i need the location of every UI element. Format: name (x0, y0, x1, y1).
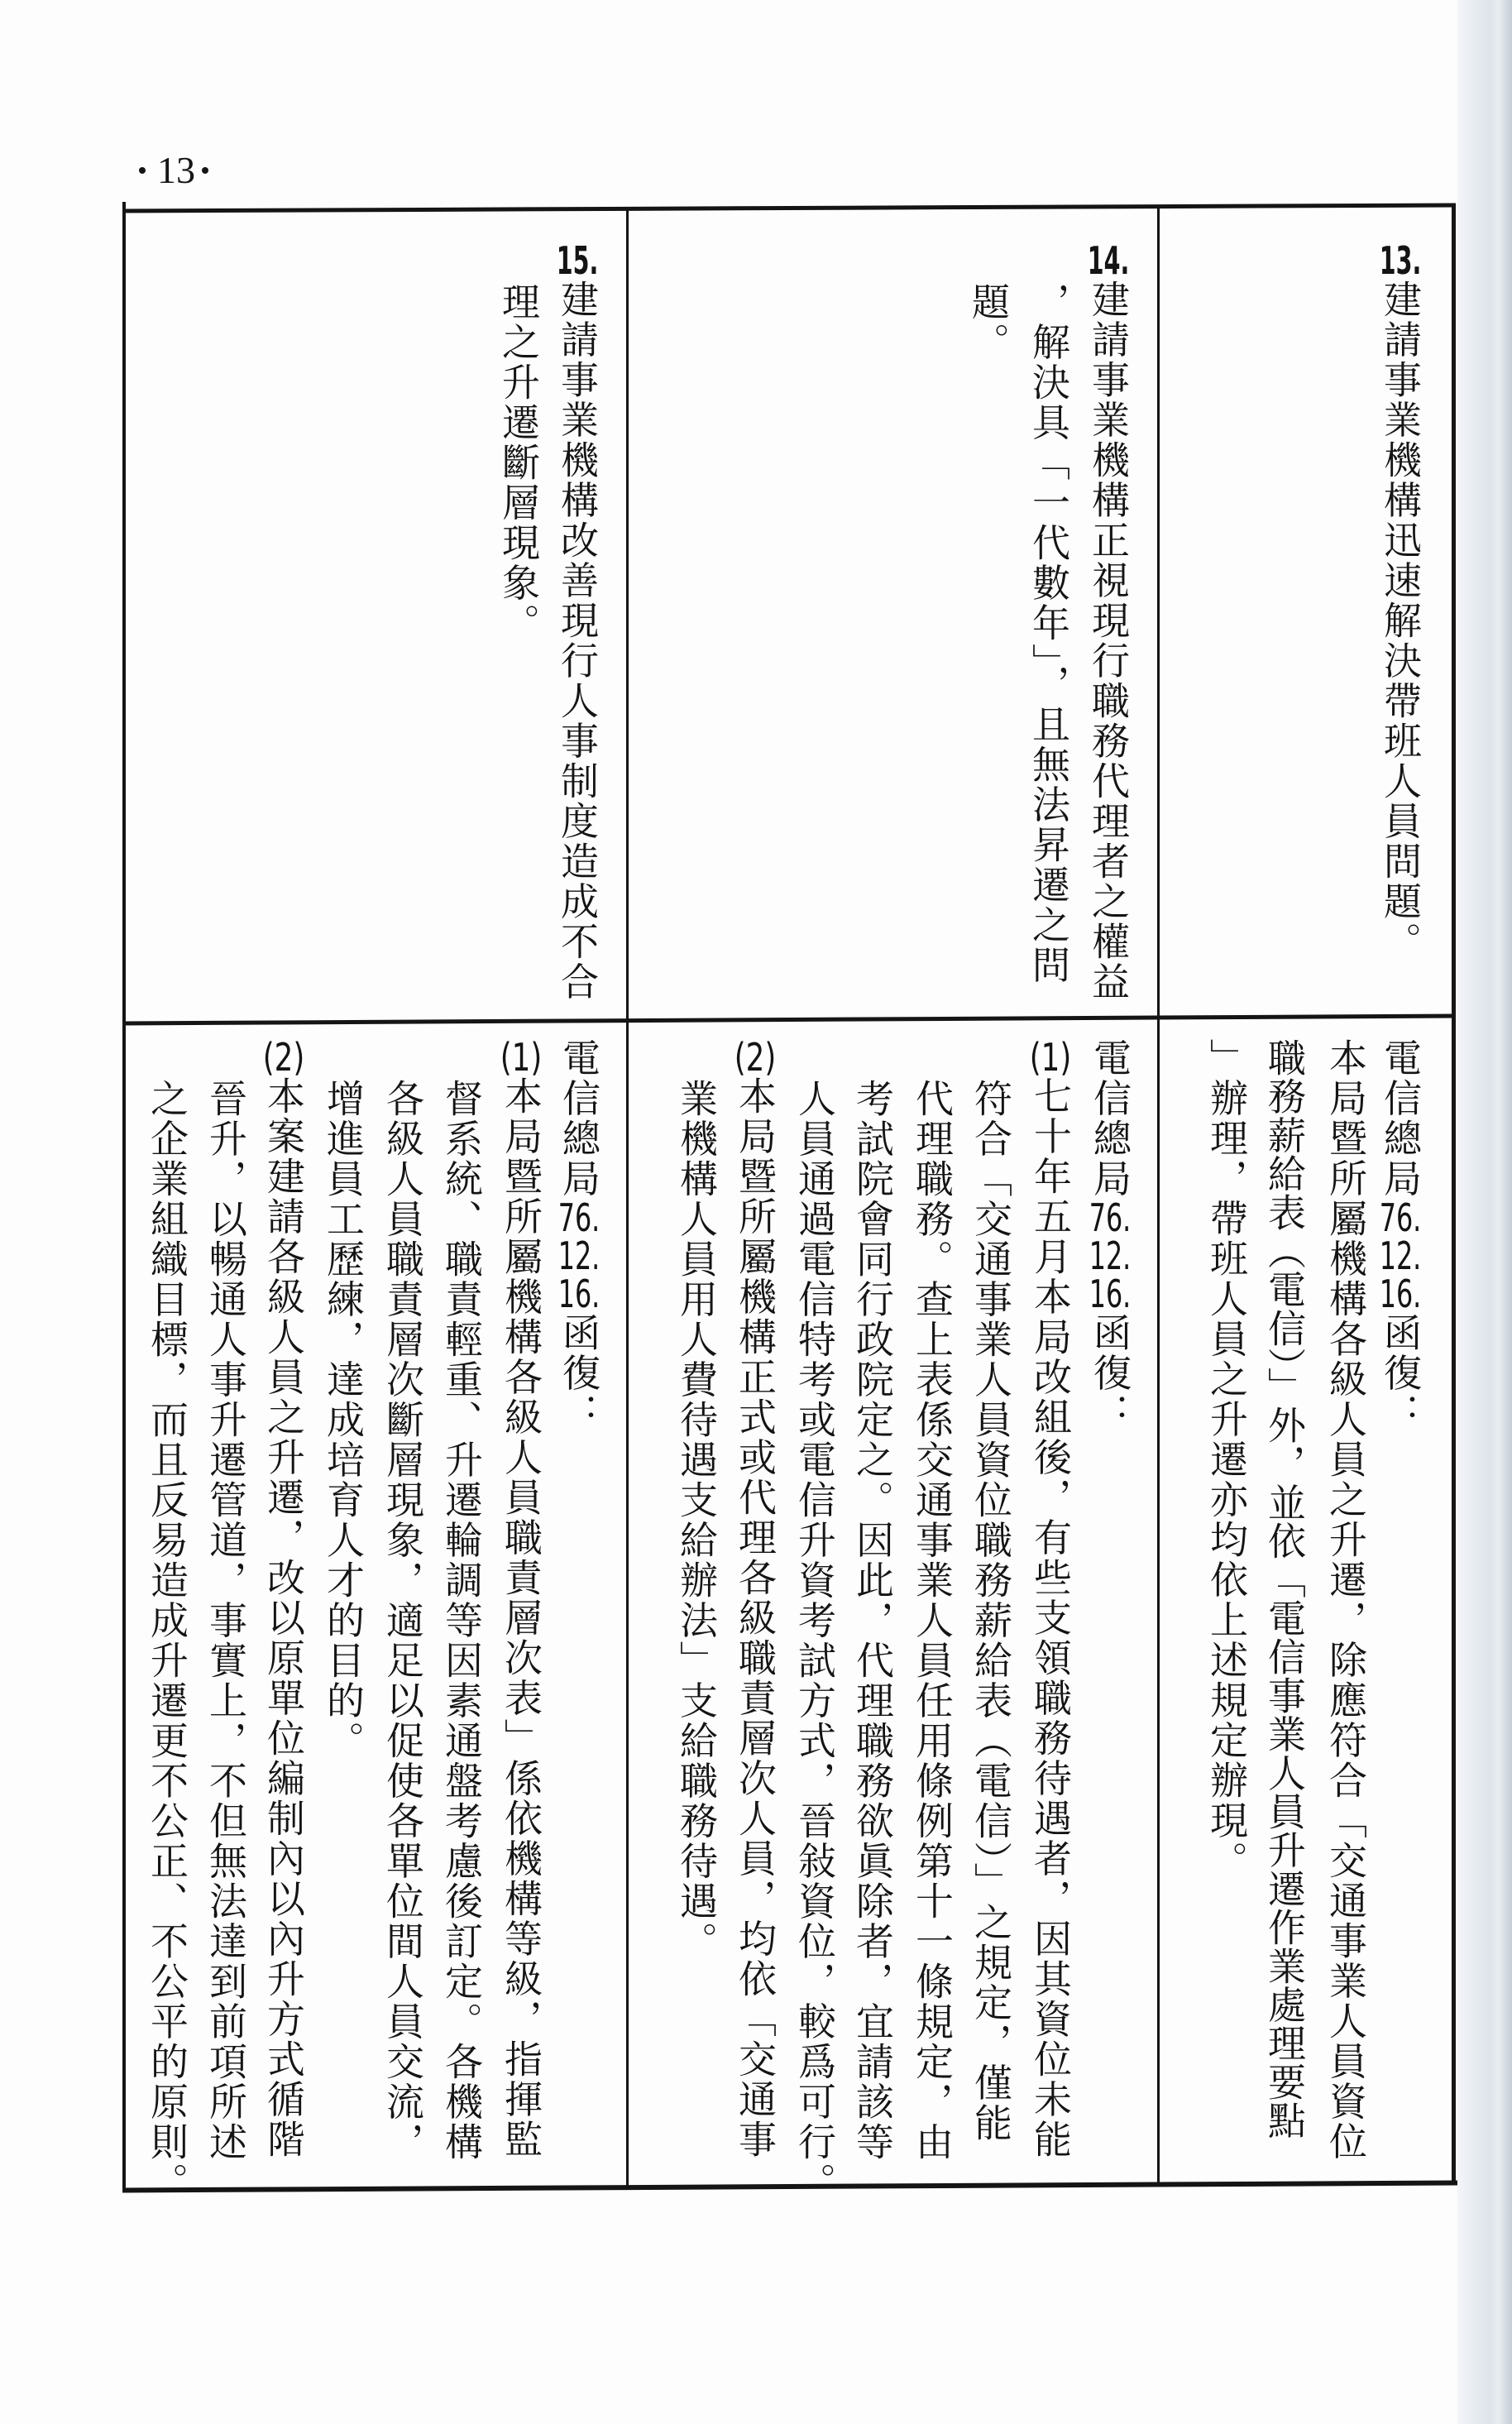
question-line: 理之升遷斷層現象。 (499, 282, 538, 644)
response-line: (2)本案建請各級人員之升遷，改以原單位編制內以內升方式循階 (264, 1038, 304, 2160)
response-line: (1)七十年五月本局改組後，有些支領職務待遇者，因其資位未能 (1031, 1038, 1070, 2160)
response-header-suffix: 函復： (1378, 1313, 1423, 1434)
page-binding-shadow (1457, 0, 1512, 2424)
response-line: (2)本局暨所屬機構正式或代理各級職責層次人員，均依「交通事 (735, 1038, 775, 2160)
response-date-year: 76. (1378, 1199, 1423, 1237)
response-date-day: 16. (1088, 1275, 1132, 1313)
response-header: 電信總局76.12.16.函復： (559, 1038, 599, 1434)
response-date-day: 16. (557, 1275, 601, 1313)
question-text: 題。 (966, 282, 1011, 362)
page-number-value: 13 (157, 151, 195, 189)
page-number-dot-left (139, 167, 146, 174)
response-line: 考試院會同行政院定之。因此，代理職務欲眞除者，宜請該等 (853, 1079, 892, 2163)
response-text: 七十年五月本局改組後，有些支領職務待遇者，因其資位未能 (1028, 1076, 1073, 2160)
response-text: 業機構人員用人費待遇支給辦法」支給職務待遇。 (674, 1079, 719, 1962)
response-line: 符合「交通事業人員資位職務薪給表（電信）」之規定，僅能 (971, 1079, 1011, 2144)
response-date-month: 12. (1378, 1237, 1423, 1275)
item-marker: (2) (261, 1038, 306, 1076)
question-text: 建請事業機構正視現行職務代理者之權益 (1086, 280, 1131, 1002)
response-line: 人員通過電信特考或電信升資考試方式，晉敍資位，較爲可行。 (795, 1079, 835, 2202)
column-divider-14-13 (1157, 206, 1160, 2185)
response-line: 晉升，以暢通人事升遷管道，事實上，不但無法達到前項所述 (206, 1079, 246, 2163)
response-date-year: 76. (557, 1199, 601, 1237)
response-text: 本局暨所屬機構各級人員之升遷，除應符合「交通事業人員資位 (1323, 1038, 1368, 2162)
response-line: 業機構人員用人費待遇支給辦法」支給職務待遇。 (677, 1079, 716, 1962)
response-text: 督系統、職責輕重、升遷輪調等因素通盤考慮後訂定。各機構 (439, 1079, 484, 2163)
response-date-day: 16. (1378, 1275, 1423, 1313)
response-text: 之企業組織目標，而且反易造成升遷更不公正、不公平的原則。 (145, 1079, 189, 2202)
response-text: 符合「交通事業人員資位職務薪給表（電信）」之規定，僅能 (969, 1079, 1013, 2144)
question-line: 15.建請事業機構改善現行人事制度造成不合 (557, 242, 597, 1002)
question-line: ，解決具「一代數年」，且無法昇遷之問 (1029, 282, 1069, 985)
response-text: 各級人員職責層次斷層現象，適足以促使各單位間人員交流， (380, 1079, 425, 2163)
response-line: 代理職務。查上表係交通事業人員任用條例第十一條規定，由 (912, 1079, 952, 2163)
response-line: 本局暨所屬機構各級人員之升遷，除應符合「交通事業人員資位 (1326, 1038, 1366, 2162)
question-number: 13. (1378, 242, 1423, 280)
question-number: 15. (555, 242, 600, 280)
question-line: 14.建請事業機構正視現行職務代理者之權益 (1089, 242, 1128, 1002)
item-marker: (1) (499, 1038, 543, 1076)
response-line: 各級人員職責層次斷層現象，適足以促使各單位間人員交流， (383, 1079, 423, 2163)
response-line: 督系統、職責輕重、升遷輪調等因素通盤考慮後訂定。各機構 (442, 1079, 481, 2163)
response-date-month: 12. (1088, 1237, 1132, 1275)
response-header-suffix: 函復： (1088, 1313, 1132, 1434)
response-org: 電信總局 (557, 1038, 601, 1199)
question-text: 理之升遷斷層現象。 (496, 282, 541, 644)
response-line: 」辦理，帶班人員之升遷亦均依上述規定辦現。 (1207, 1038, 1246, 1881)
page-number-dot-right (202, 167, 208, 174)
column-divider-15-14 (626, 208, 629, 2187)
question-line: 13.建請事業機構迅速解決帶班人員問題。 (1380, 242, 1420, 962)
response-date-year: 76. (1088, 1199, 1132, 1237)
response-line: 職務薪給表（電信）」外，並依「電信事業人員升遷作業處理要點 (1265, 1038, 1304, 2139)
response-text: 人員通過電信特考或電信升資考試方式，晉敍資位，較爲可行。 (792, 1079, 837, 2202)
response-header: 電信總局76.12.16.函復： (1380, 1038, 1420, 1434)
response-line: (1)本局暨所屬機構各級人員職責層次表」係依機構等級，指揮監 (501, 1038, 541, 2160)
response-date-month: 12. (557, 1237, 601, 1275)
response-line: 增進員工歷練，達成培育人才的目的。 (323, 1079, 363, 1761)
response-text: 本案建請各級人員之升遷，改以原單位編制內以內升方式循階 (261, 1076, 306, 2160)
response-text: 」辦理，帶班人員之升遷亦均依上述規定辦現。 (1204, 1038, 1249, 1881)
response-text: 職務薪給表（電信）」外，並依「電信事業人員升遷作業處理要點 (1262, 1038, 1307, 2139)
item-marker: (1) (1028, 1038, 1073, 1076)
response-text: 本局暨所屬機構正式或代理各級職責層次人員，均依「交通事 (733, 1076, 778, 2160)
response-text: 晉升，以暢通人事升遷管道，事實上，不但無法達到前項所述 (203, 1079, 248, 2163)
table-top-rule (122, 203, 1456, 213)
response-text: 本局暨所屬機構各級人員職責層次表」係依機構等級，指揮監 (499, 1076, 543, 2160)
question-number: 14. (1086, 242, 1131, 280)
table-bottom-rule (122, 2180, 1457, 2192)
question-text: 建請事業機構迅速解決帶班人員問題。 (1378, 280, 1423, 962)
response-header-suffix: 函復： (557, 1313, 601, 1434)
table-middle-rule (124, 1014, 1456, 1026)
response-text: 增進員工歷練，達成培育人才的目的。 (321, 1079, 366, 1761)
response-text: 考試院會同行政院定之。因此，代理職務欲眞除者，宜請該等 (850, 1079, 895, 2163)
table-left-border (122, 202, 126, 2191)
question-line: 題。 (969, 282, 1008, 362)
response-line: 之企業組織目標，而且反易造成升遷更不公正、不公平的原則。 (147, 1079, 187, 2202)
item-marker: (2) (733, 1038, 778, 1076)
response-header: 電信總局76.12.16.函復： (1090, 1038, 1130, 1434)
question-text: ，解決具「一代數年」，且無法昇遷之問 (1026, 282, 1071, 985)
response-org: 電信總局 (1088, 1038, 1132, 1199)
document-page: 13 13.建請事業機構迅速解決帶班人員問題。 電信總局76.12.16.函復：… (0, 0, 1512, 2424)
question-text: 建請事業機構改善現行人事制度造成不合 (555, 280, 600, 1002)
response-org: 電信總局 (1378, 1038, 1423, 1199)
table-right-border (1452, 204, 1456, 2185)
response-text: 代理職務。查上表係交通事業人員任用條例第十一條規定，由 (910, 1079, 955, 2163)
